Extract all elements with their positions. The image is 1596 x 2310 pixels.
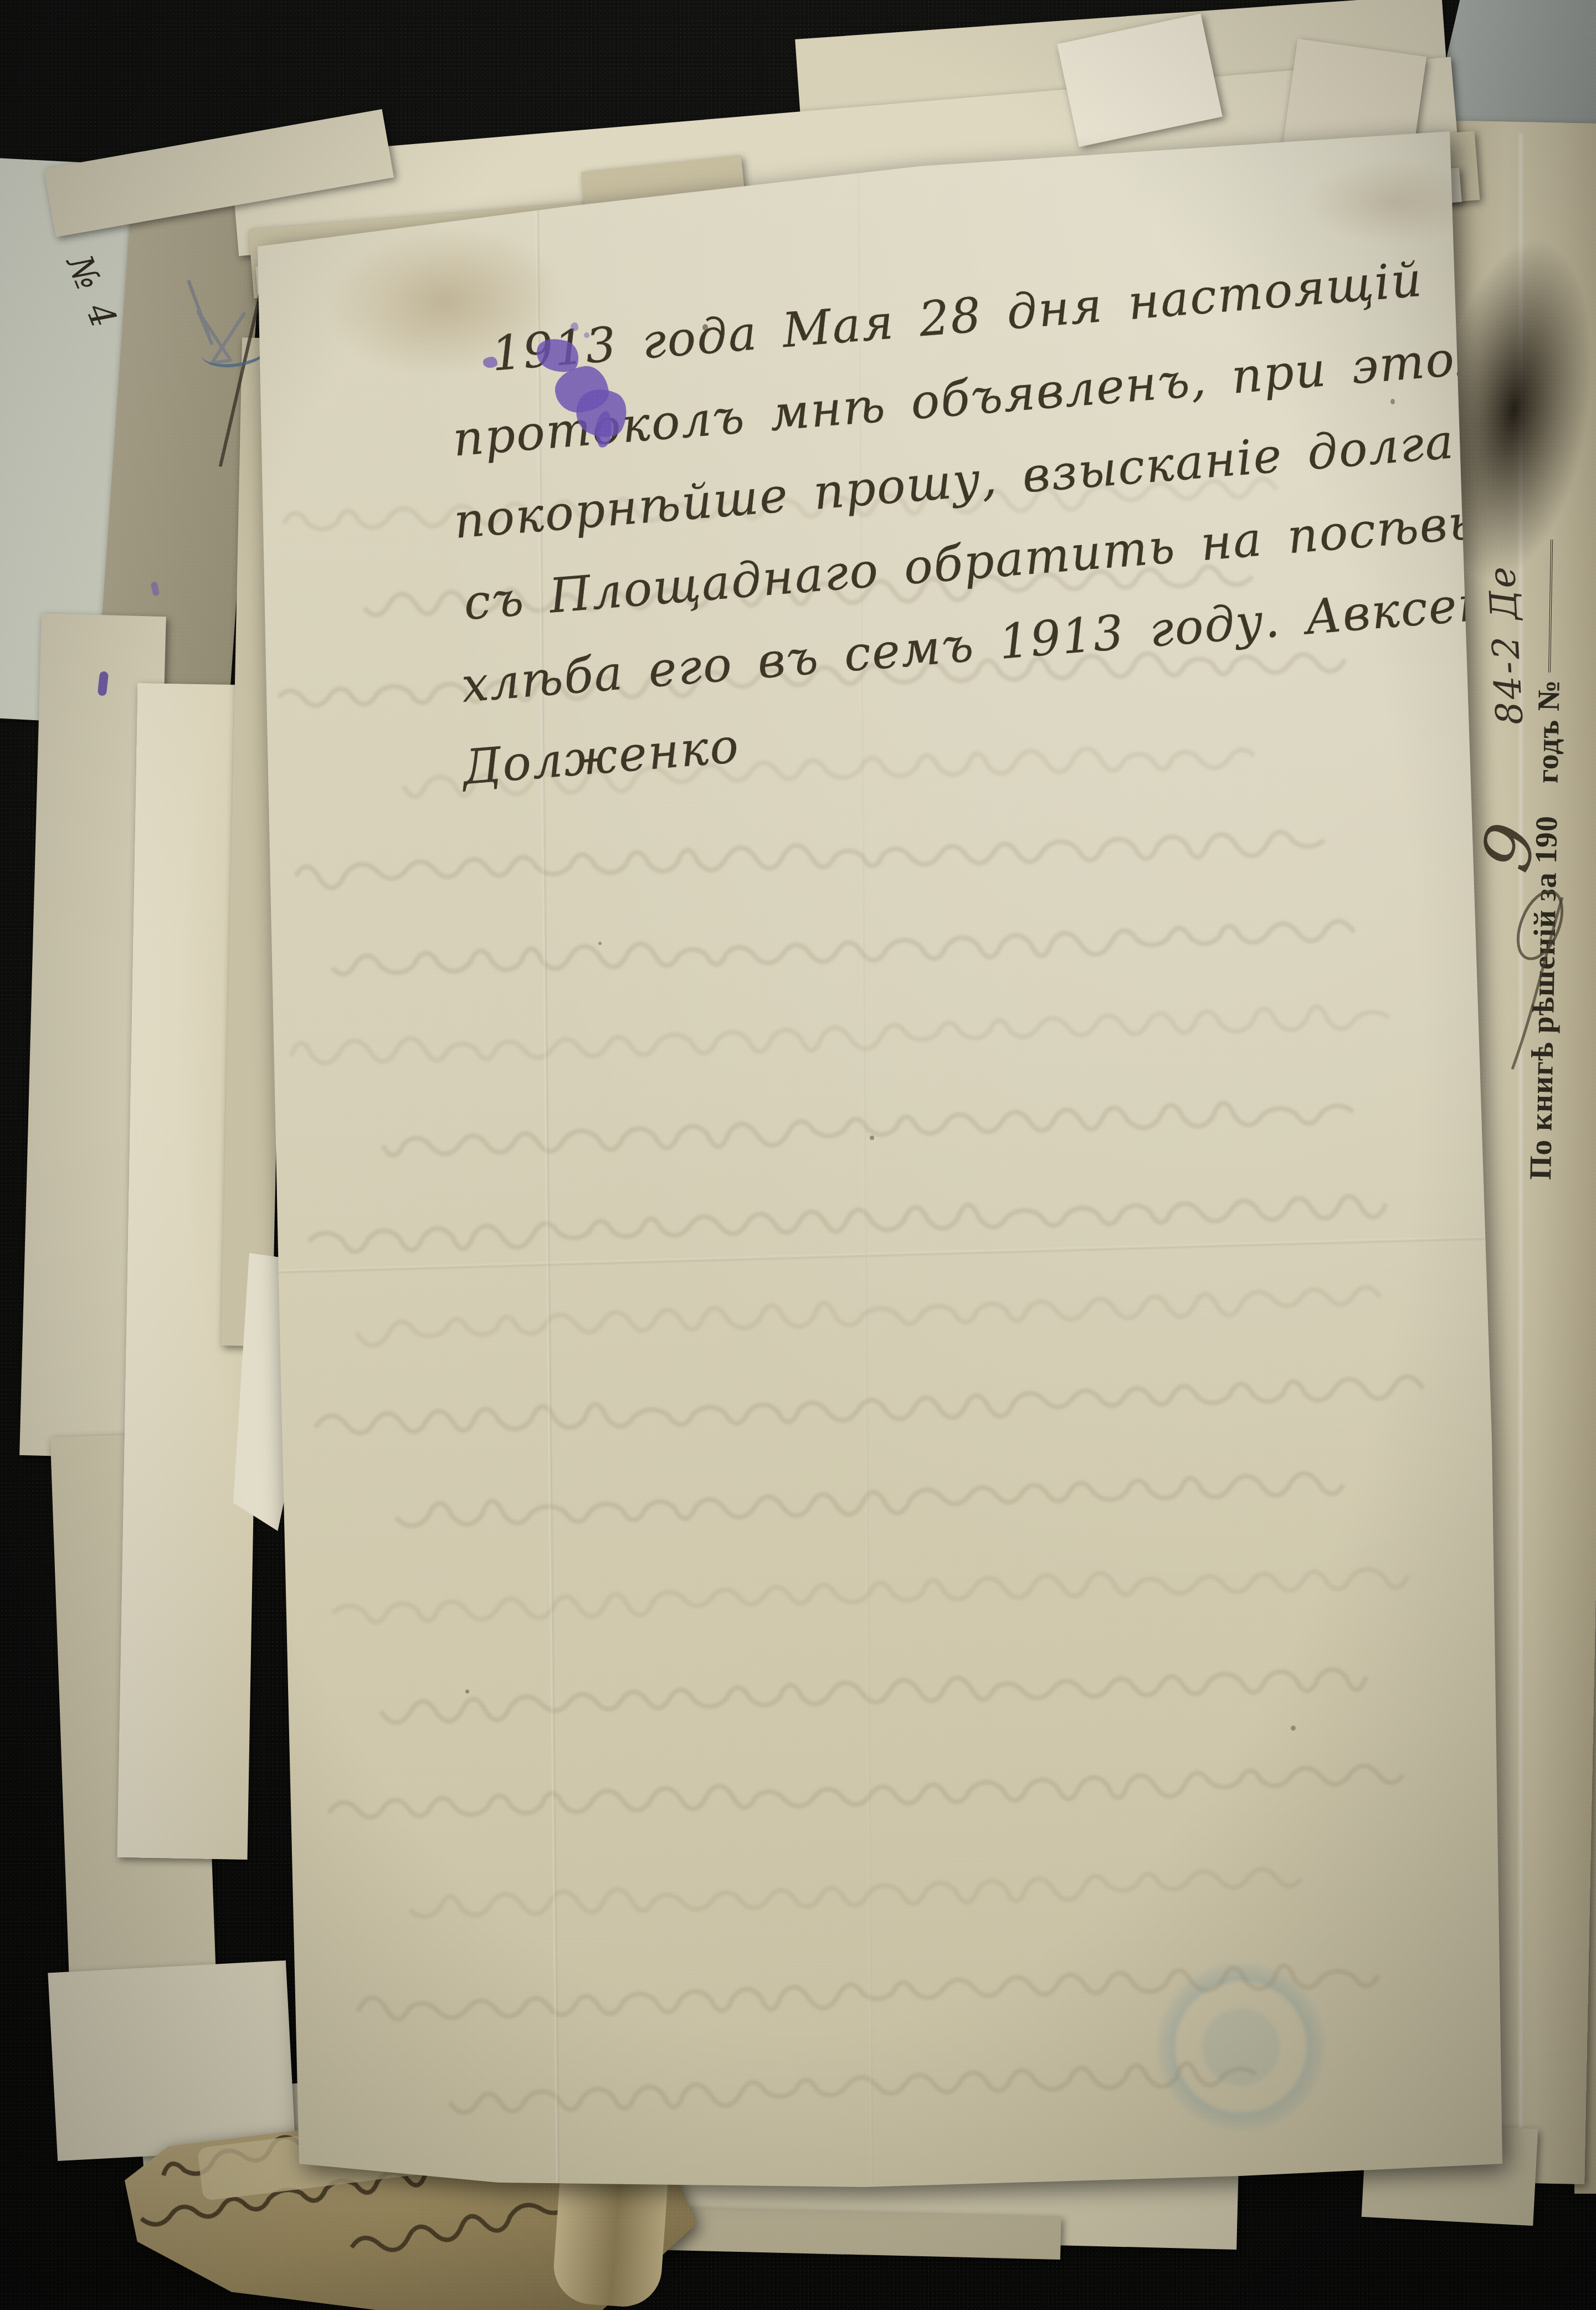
handwritten-note: 1913 года Мая 28 дня настоящій протоколъ… bbox=[427, 239, 1460, 809]
paper-speck bbox=[1291, 1726, 1296, 1731]
paper-speck bbox=[465, 1690, 469, 1693]
archival-photo: По книгѣ рѣшеній за 190 годъ № 84-2 Де 9… bbox=[0, 0, 1596, 2310]
violet-ink-dot bbox=[584, 332, 589, 338]
violet-ink-dot bbox=[483, 357, 497, 368]
paper-speck bbox=[870, 1136, 874, 1140]
violet-ink-dot bbox=[571, 322, 578, 331]
main-sheet-shadow: 1913 года Мая 28 дня настоящій протоколъ… bbox=[0, 0, 1596, 2310]
paper-speck bbox=[598, 942, 602, 945]
stain-top-right bbox=[1307, 161, 1479, 244]
main-sheet: 1913 года Мая 28 дня настоящій протоколъ… bbox=[0, 0, 1596, 2310]
